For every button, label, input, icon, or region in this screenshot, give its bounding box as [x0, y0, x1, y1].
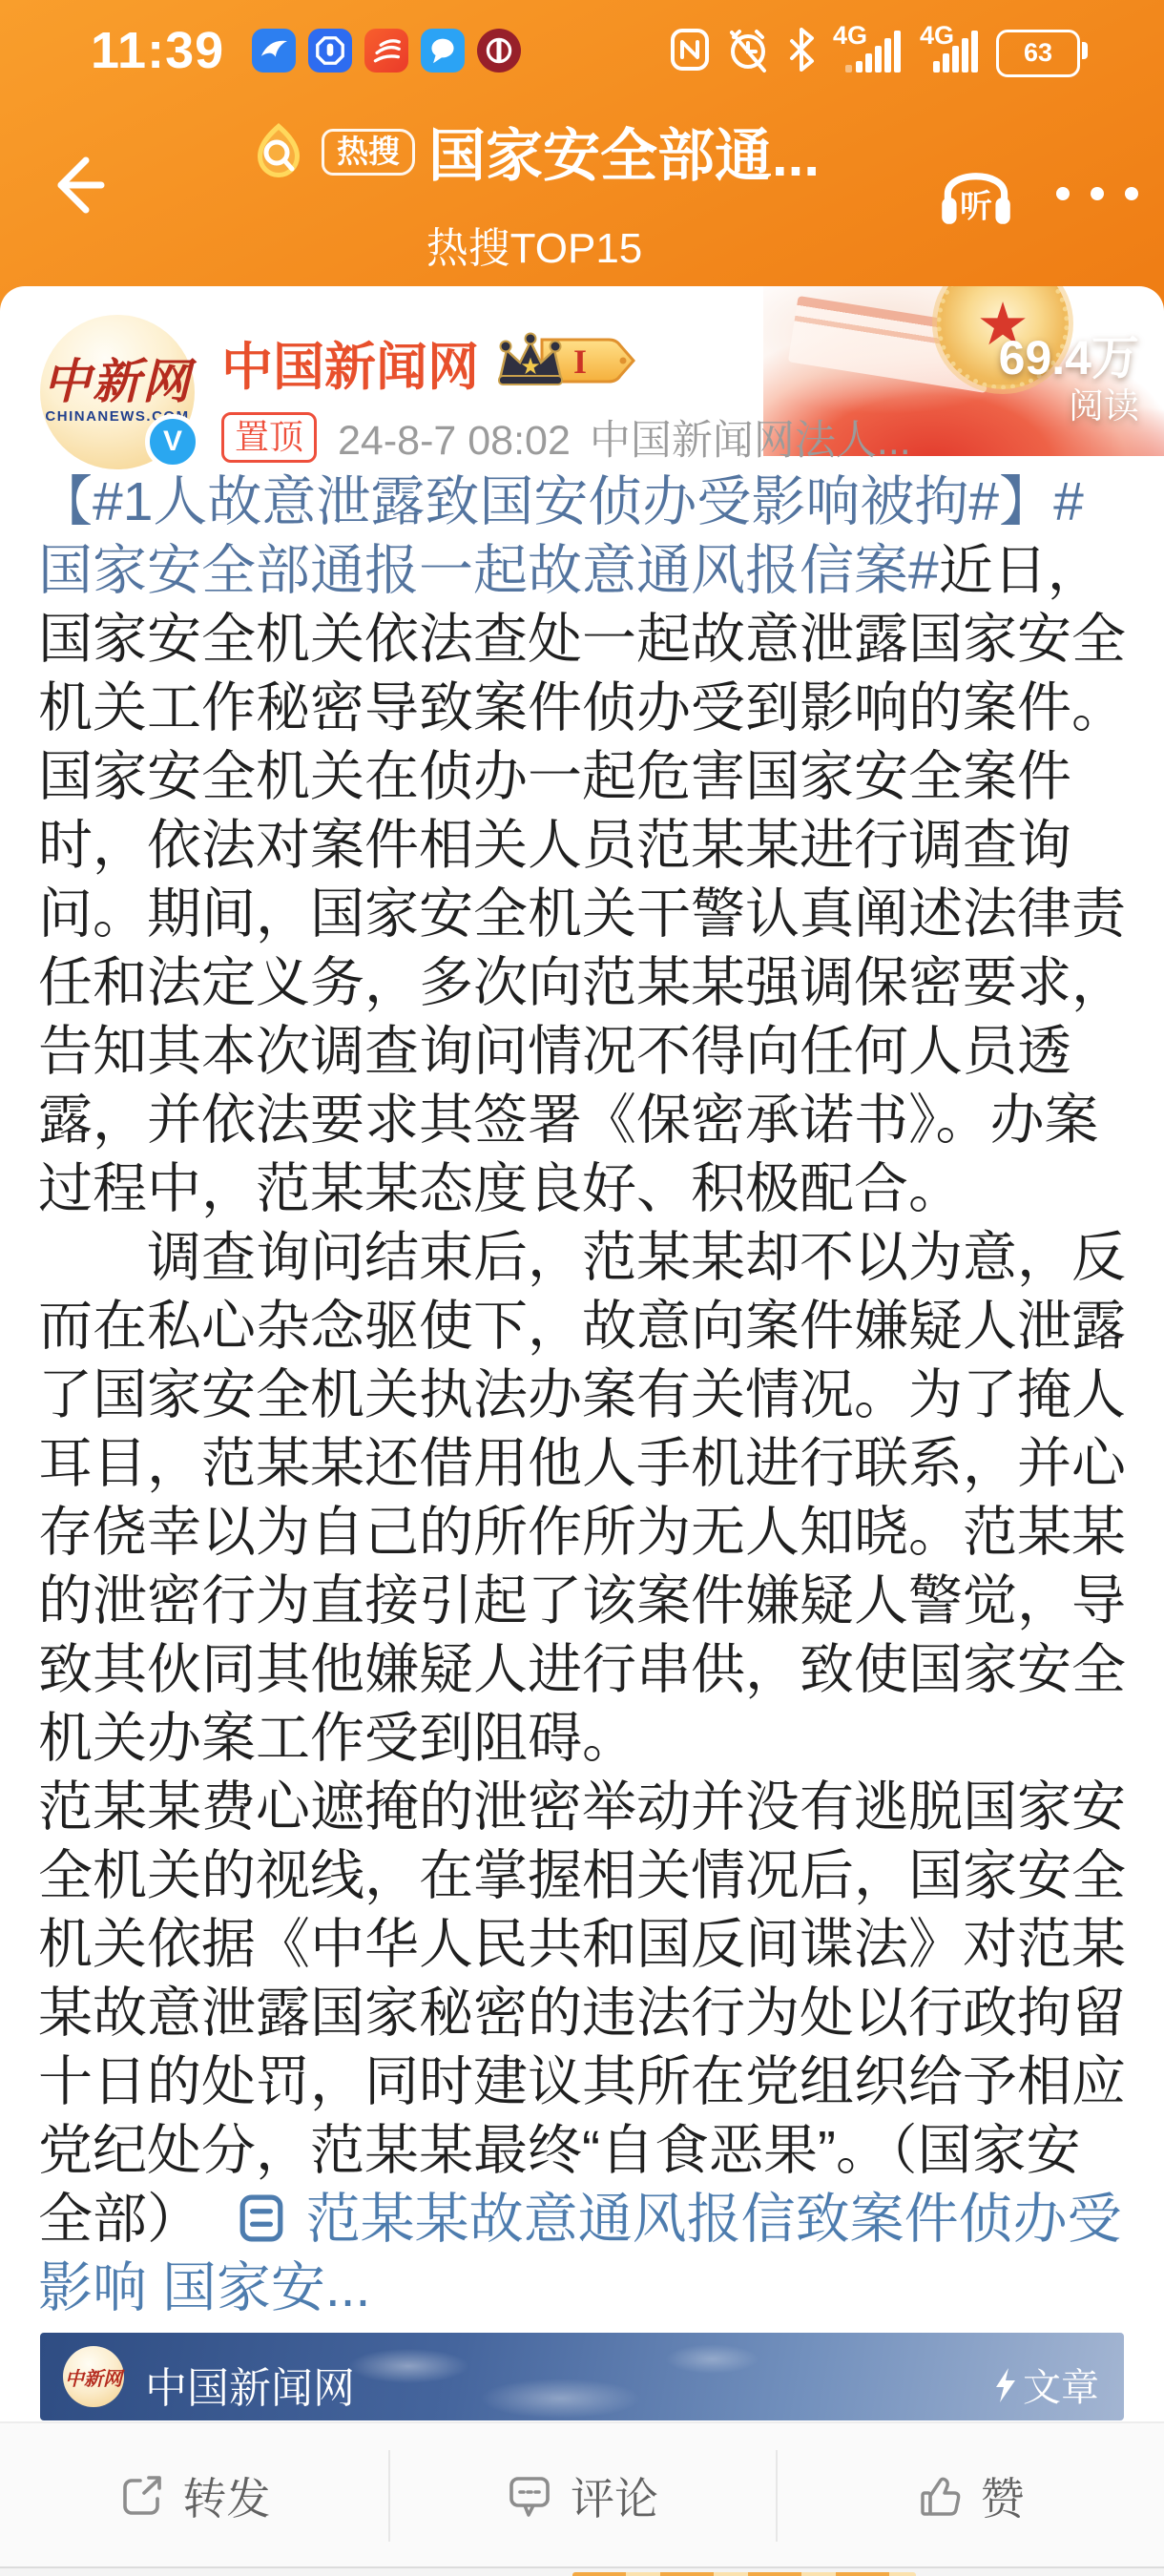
article-card[interactable]: 中新网 中国新闻网 文章 [40, 2333, 1124, 2420]
bluetooth-icon [785, 25, 818, 79]
clock: 11:39 [91, 21, 224, 80]
read-count-label: 阅读 [999, 387, 1139, 426]
post-meta-text: 24-8-7 08:02中国新闻网法人... [338, 408, 911, 467]
more-menu-button[interactable] [1051, 179, 1143, 208]
signal-sim1-icon: 4G [832, 23, 904, 79]
svg-text:I: I [573, 343, 587, 381]
post-paragraph: 【#1人故意泄露致国安侦办受影响被拘#】#国家安全部通报一起故意通风报信案#近日… [38, 467, 1126, 1223]
article-card-tag: 文章 [994, 2358, 1099, 2412]
post-card: ★ 69.4万 阅读 中新网 CHINANEWS.COM V 中国新闻网 I [0, 286, 1164, 2576]
read-count: 69.4万 [999, 332, 1139, 384]
svg-text:4G: 4G [920, 23, 954, 50]
lightning-icon [994, 2368, 1017, 2402]
pinned-badge: 置顶 [221, 412, 317, 464]
page-title: 国家安全部通... [428, 111, 820, 193]
nav-title-block[interactable]: 热搜 国家安全部通... 热搜TOP15 [153, 95, 916, 275]
hot-search-rank-subtitle: 热搜TOP15 [153, 214, 916, 275]
listen-audio-button[interactable]: 听 [931, 143, 1021, 233]
body-text: 调查询问结束后，范某某却不以为意，反而在私心杂念驱使下，故意向案件嫌疑人泄露了国… [38, 1227, 1126, 1769]
svg-text:★: ★ [520, 354, 541, 380]
comments-peek-decoration [572, 2572, 916, 2576]
post-paragraph: 调查询问结束后，范某某却不以为意，反而在私心杂念驱使下，故意向案件嫌疑人泄露了国… [38, 1223, 1126, 1773]
svg-text:听: 听 [960, 189, 992, 225]
nfc-icon [669, 25, 711, 79]
bank-app-notification-icon [477, 29, 521, 73]
vip-crown-badge: I ★ [494, 331, 637, 395]
body-text: 范某某费心遮掩的泄密举动并没有逃脱国家安全机关的视线，在掌握相关情况后，国家安全… [38, 1776, 1126, 2250]
swoosh-app-notification-icon [364, 29, 408, 73]
article-icon [239, 2194, 283, 2242]
verified-badge: V [145, 414, 200, 469]
hot-search-badge: 热搜 [322, 129, 415, 176]
forward-button[interactable]: 转发 [0, 2423, 388, 2568]
hot-search-flame-icon [249, 120, 308, 184]
author-avatar[interactable]: 中新网 CHINANEWS.COM V [40, 315, 195, 469]
signal-sim2-icon: 4G [919, 23, 982, 79]
forward-label: 转发 [182, 2464, 270, 2527]
weibo-post-detail-screen: 11:39 [0, 0, 1164, 2576]
alarm-off-icon [725, 25, 771, 79]
author-line: 中国新闻网 I ★ [221, 326, 637, 400]
battery-icon: 63 [996, 30, 1080, 77]
comment-button[interactable]: 评论 [388, 2423, 777, 2568]
post-source: 中国新闻网法人... [590, 418, 911, 464]
like-icon [916, 2472, 964, 2520]
hand-app-notification-icon [308, 29, 352, 73]
svg-text:4G: 4G [833, 23, 867, 50]
article-card-avatar: 中新网 [63, 2346, 124, 2407]
like-label: 赞 [981, 2464, 1025, 2527]
like-button[interactable]: 赞 [776, 2423, 1164, 2568]
post-body: 【#1人故意泄露致国安侦办受影响被拘#】#国家安全部通报一起故意通风报信案#近日… [38, 467, 1126, 2322]
post-meta-line: 置顶 24-8-7 08:02中国新闻网法人... [221, 408, 911, 467]
nav-bar: 热搜 国家安全部通... 热搜TOP15 听 [0, 95, 1164, 286]
comment-label: 评论 [571, 2464, 658, 2527]
hashtag-link[interactable]: 【#1人故意泄露致国安侦办受影响被拘#】 [38, 471, 1053, 532]
status-left: 11:39 [91, 21, 521, 80]
action-bar: 转发 评论 赞 [0, 2421, 1164, 2568]
bird-app-notification-icon [252, 29, 296, 73]
status-right: 4G 4G 63 [669, 23, 1080, 79]
post-timestamp: 24-8-7 08:02 [338, 418, 571, 464]
comment-icon [506, 2472, 553, 2520]
read-count-block: 69.4万 阅读 [999, 332, 1139, 426]
comments-section-peek [0, 2566, 1164, 2576]
post-paragraph: 范某某费心遮掩的泄密举动并没有逃脱国家安全机关的视线，在掌握相关情况后，国家安全… [38, 1773, 1126, 2322]
forward-icon [117, 2472, 165, 2520]
article-card-name: 中国新闻网 [145, 2354, 355, 2415]
back-button[interactable] [40, 145, 120, 225]
chat-app-notification-icon [421, 29, 465, 73]
body-text: 近日，国家安全机关依法查处一起故意泄露国家安全机关工作秘密导致案件侦办受到影响的… [38, 540, 1126, 1219]
great-hall-image [788, 296, 996, 393]
battery-percent: 63 [1024, 38, 1052, 68]
status-bar: 11:39 [0, 0, 1164, 95]
author-name[interactable]: 中国新闻网 [221, 326, 479, 400]
avatar-logo-text: 中新网 [40, 343, 195, 412]
